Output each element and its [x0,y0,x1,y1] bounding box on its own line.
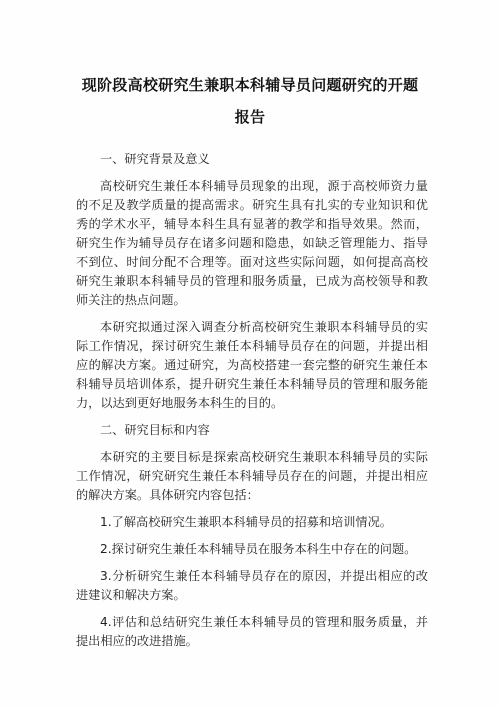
list-item: 3.分析研究生兼任本科辅导员存在的原因，并提出相应的改进建议和解决方案。 [76,567,428,605]
document-page: 现阶段高校研究生兼职本科辅导员问题研究的开题 报告 一、研究背景及意义 高校研究… [0,0,500,707]
paragraph: 本研究拟通过深入调查分析高校研究生兼职本科辅导员的实际工作情况，探讨研究生兼任本… [76,318,428,413]
list-item: 2.探讨研究生兼任本科辅导员在服务本科生中存在的问题。 [76,540,428,559]
document-body: 一、研究背景及意义 高校研究生兼任本科辅导员现象的出现，源于高校师资力量的不足及… [76,150,428,659]
paragraph: 本研究的主要目标是探索高校研究生兼职本科辅导员的实际工作情况，研究研究生兼任本科… [76,448,428,505]
section-objectives: 二、研究目标和内容 本研究的主要目标是探索高校研究生兼职本科辅导员的实际工作情况… [76,421,428,651]
paragraph: 高校研究生兼任本科辅导员现象的出现，源于高校师资力量的不足及教学质量的提高需求。… [76,177,428,310]
section-background: 一、研究背景及意义 高校研究生兼任本科辅导员现象的出现，源于高校师资力量的不足及… [76,150,428,413]
section-heading: 一、研究背景及意义 [76,150,428,169]
list-item: 4.评估和总结研究生兼任本科辅导员的管理和服务质量，并提出相应的改进措施。 [76,613,428,651]
list-item: 1.了解高校研究生兼职本科辅导员的招募和培训情况。 [76,513,428,532]
document-title-line-1: 现阶段高校研究生兼职本科辅导员问题研究的开题 [60,74,440,95]
document-title-line-2: 报告 [60,106,440,127]
section-heading: 二、研究目标和内容 [76,421,428,440]
